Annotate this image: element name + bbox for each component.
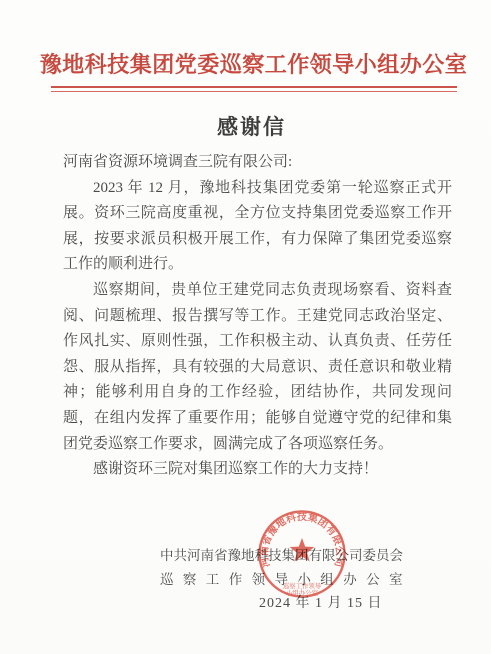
letter-body: 河南省资源环境调查三院有限公司: 2023 年 12 月，豫地科技集团党委第一轮… [63, 150, 452, 483]
letterhead-org-name: 豫地科技集团党委巡察工作领导小组办公室 [0, 48, 491, 79]
letter-page: 豫地科技集团党委巡察工作领导小组办公室 感谢信 河南省资源环境调查三院有限公司:… [0, 0, 491, 654]
signature-org-line1: 中共河南省豫地科技集团有限公司委员会 [160, 544, 403, 568]
signature-block: 中共河南省豫地科技集团有限公司委员会 巡察工作领导小组办公室 2024 年 1 … [160, 544, 403, 615]
signature-org-line2: 巡察工作领导小组办公室 [160, 568, 403, 592]
salutation: 河南省资源环境调查三院有限公司: [63, 150, 452, 176]
letterhead-divider [51, 86, 457, 92]
letter-title: 感谢信 [0, 111, 491, 141]
body-paragraph: 巡察期间，贵单位王建党同志负责现场察看、资料查阅、问题梳理、报告撰写等工作。王建… [63, 278, 452, 457]
body-paragraph: 2023 年 12 月，豫地科技集团党委第一轮巡察正式开展。资环三院高度重视，全… [63, 176, 452, 278]
body-paragraph: 感谢资环三院对集团巡察工作的大力支持！ [63, 457, 452, 483]
signature-date: 2024 年 1 月 15 日 [259, 592, 403, 615]
